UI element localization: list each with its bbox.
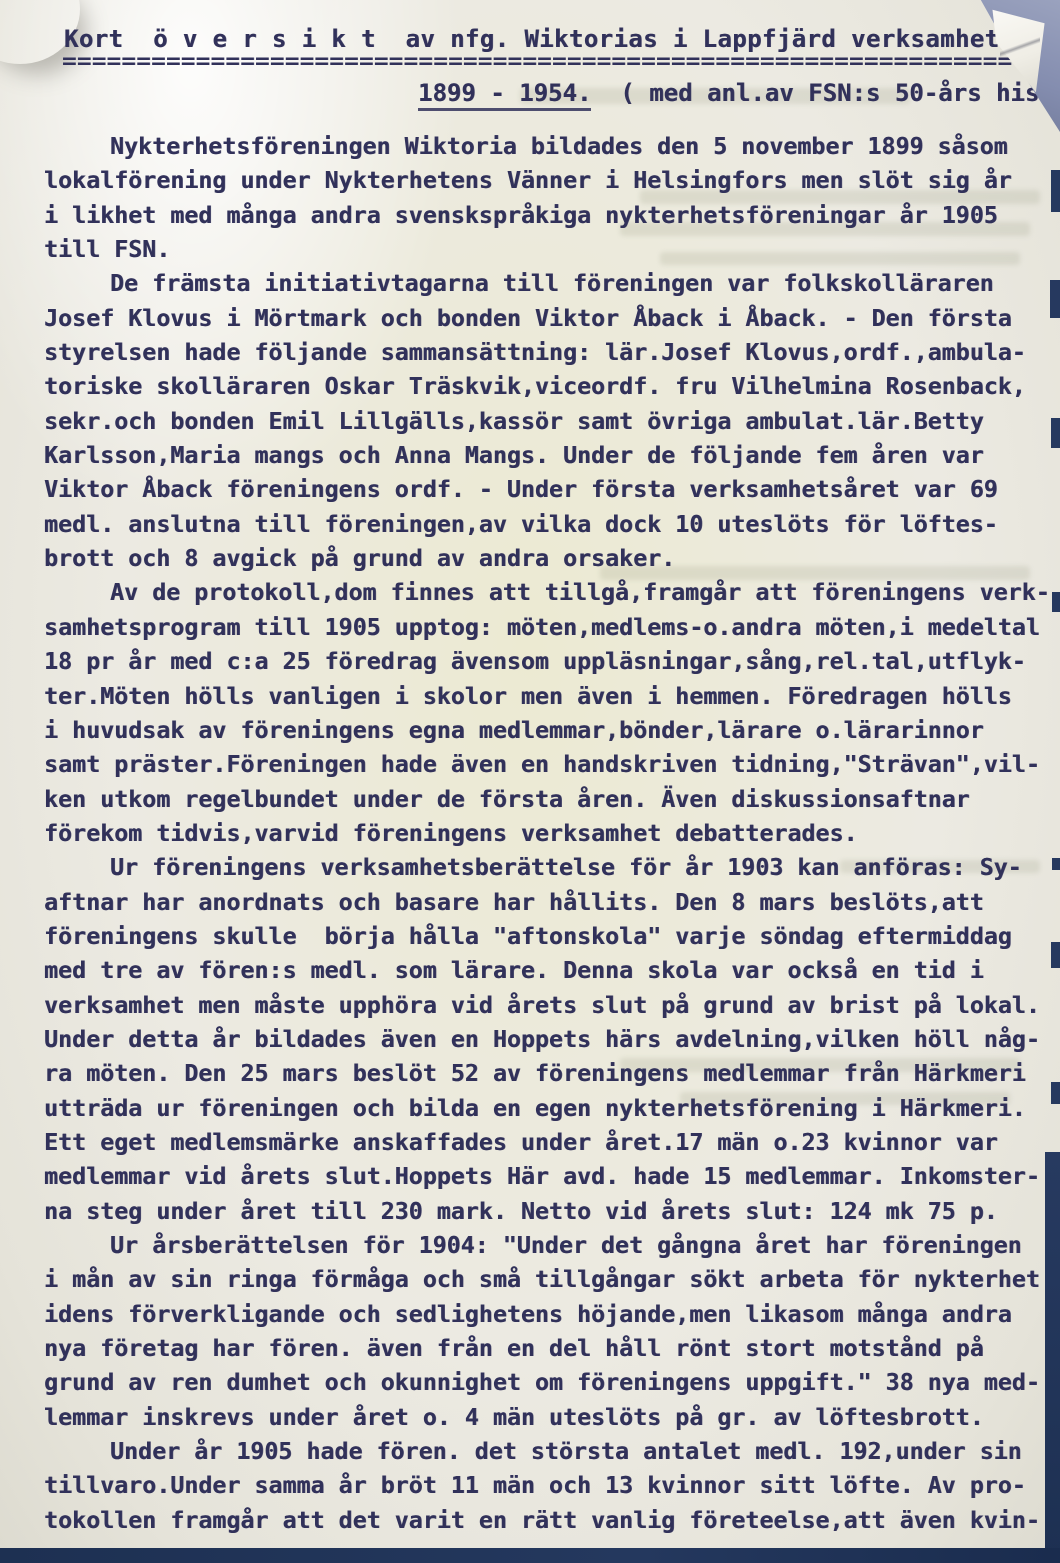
text-line: ken utkom regelbundet under de första år…: [44, 783, 1054, 817]
binding-edge-mark: [1051, 170, 1060, 212]
text-line: nya företag har fören. även från en del …: [44, 1332, 1054, 1366]
text-line: ter.Möten hölls vanligen i skolor men äv…: [44, 680, 1054, 714]
text-line: styrelsen hade följande sammansättning: …: [44, 336, 1054, 370]
binding-bottom-band: [0, 1548, 1060, 1563]
text-line: verksamhet men måste upphöra vid årets s…: [44, 989, 1054, 1023]
text-line: idens förverkligande och sedlighetens hö…: [44, 1298, 1054, 1332]
text-line: lokalförening under Nykterhetens Vänner …: [44, 164, 1054, 198]
binding-edge-mark: [1051, 1082, 1060, 1104]
text-line: 18 pr år med c:a 25 föredrag ävensom upp…: [44, 645, 1054, 679]
document-body-lines: Nykterhetsföreningen Wiktoria bildades d…: [44, 130, 1054, 1538]
text-line: aftnar har anordnats och basare har håll…: [44, 886, 1054, 920]
binding-edge-mark: [1050, 280, 1060, 318]
text-line: till FSN.: [44, 233, 1054, 267]
text-line: toriske skolläraren Oskar Träskvik,viceo…: [44, 370, 1054, 404]
text-line: medlemmar vid årets slut.Hoppets Här avd…: [44, 1160, 1054, 1194]
text-line: förekom tidvis,varvid föreningens verksa…: [44, 817, 1054, 851]
title-underline: ========================================…: [62, 48, 1012, 73]
text-line: med tre av fören:s medl. som lärare. Den…: [44, 954, 1054, 988]
paper-sheet: Kort ö v e r s i k t av nfg. Wiktorias i…: [0, 0, 1060, 1550]
text-line: lemmar inskrevs under året o. 4 män utes…: [44, 1401, 1054, 1435]
text-line: utträda ur föreningen och bilda en egen …: [44, 1092, 1054, 1126]
text-line: medl. anslutna till föreningen,av vilka …: [44, 508, 1054, 542]
text-line: Josef Klovus i Mörtmark och bonden Vikto…: [44, 302, 1054, 336]
document-subtitle: 1899 - 1954. ( med anl.av FSN:s 50-års h…: [418, 79, 1060, 107]
text-line: samhetsprogram till 1905 upptog: möten,m…: [44, 611, 1054, 645]
binding-edge-mark: [1052, 592, 1060, 612]
scanned-document-page: { "document": { "title": "Kort ö v e r s…: [0, 0, 1060, 1563]
text-line: Nykterhetsföreningen Wiktoria bildades d…: [44, 130, 1054, 164]
text-line: tokollen framgår att det varit en rätt v…: [44, 1504, 1054, 1538]
text-line: brott och 8 avgick på grund av andra ors…: [44, 542, 1054, 576]
binding-edge-mark: [1052, 858, 1060, 870]
text-line: Ett eget medlemsmärke anskaffades under …: [44, 1126, 1054, 1160]
subtitle-note: ( med anl.av FSN:s 50-års hist.: [591, 79, 1060, 107]
text-line: Under år 1905 hade fören. det största an…: [44, 1435, 1054, 1469]
text-line: ra möten. Den 25 mars beslöt 52 av fören…: [44, 1057, 1054, 1091]
text-line: Viktor Åback föreningens ordf. - Under f…: [44, 473, 1054, 507]
binding-right-band: [1045, 1152, 1060, 1563]
text-line: Karlsson,Maria mangs och Anna Mangs. Und…: [44, 439, 1054, 473]
binding-edge-mark: [1051, 942, 1060, 968]
binding-edge-mark: [1051, 418, 1060, 448]
text-line: samt präster.Föreningen hade även en han…: [44, 748, 1054, 782]
text-line: i huvudsak av föreningens egna medlemmar…: [44, 714, 1054, 748]
text-line: tillvaro.Under samma år bröt 11 män och …: [44, 1469, 1054, 1503]
text-line: grund av ren dumhet och okunnighet om fö…: [44, 1366, 1054, 1400]
text-line: Under detta år bildades även en Hoppets …: [44, 1023, 1054, 1057]
text-line: na steg under året till 230 mark. Netto …: [44, 1195, 1054, 1229]
subtitle-period: 1899 - 1954.: [418, 79, 591, 111]
text-line: i likhet med många andra svenskspråkiga …: [44, 199, 1054, 233]
text-line: Ur föreningens verksamhetsberättelse för…: [44, 851, 1054, 885]
text-line: i mån av sin ringa förmåga och små tillg…: [44, 1263, 1054, 1297]
text-line: Ur årsberättelsen för 1904: "Under det g…: [44, 1229, 1054, 1263]
text-line: De främsta initiativtagarna till förenin…: [44, 267, 1054, 301]
text-line: Av de protokoll,dom finnes att tillgå,fr…: [44, 576, 1054, 610]
text-line: föreningens skulle börja hålla "aftonsko…: [44, 920, 1054, 954]
text-line: sekr.och bonden Emil Lillgälls,kassör sa…: [44, 405, 1054, 439]
